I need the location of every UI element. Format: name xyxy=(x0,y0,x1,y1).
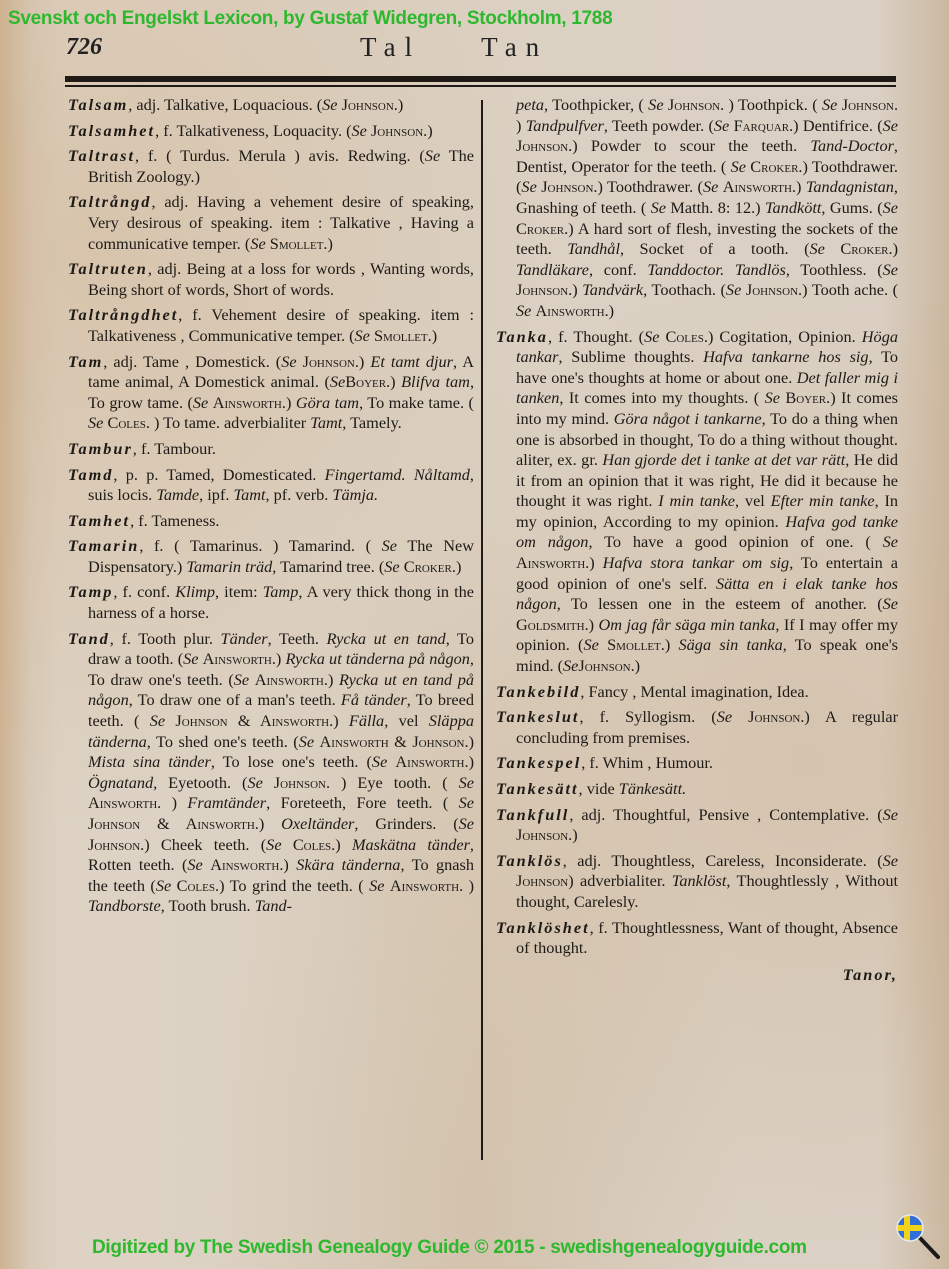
italic-phrase: Maskätna tänder xyxy=(352,835,470,854)
italic-phrase: Se xyxy=(234,670,249,689)
italic-phrase: Tämja. xyxy=(332,485,378,504)
italic-phrase: peta xyxy=(516,95,544,114)
italic-phrase: Se xyxy=(822,95,837,114)
italic-phrase: Se xyxy=(250,234,265,253)
italic-phrase: Om jag får säga min tanka xyxy=(599,615,776,634)
headword: Taltrångd xyxy=(68,192,151,211)
bottom-banner-credit: Digitized by The Swedish Genealogy Guide… xyxy=(92,1237,807,1259)
authority-citation: Johnson. xyxy=(746,280,802,299)
italic-phrase: Se xyxy=(382,536,397,555)
italic-phrase: Hafva tankarne hos sig xyxy=(703,347,868,366)
dictionary-entry: Taltrångdhet, f. Vehement desire of spea… xyxy=(68,305,474,346)
italic-phrase: Se xyxy=(187,855,202,874)
italic-phrase: Se xyxy=(883,805,898,824)
catchword: Tanor, xyxy=(496,965,898,986)
authority-citation: Ainsworth. xyxy=(516,553,589,572)
italic-phrase: Göra något i tankarne xyxy=(614,409,762,428)
italic-phrase: Se xyxy=(352,121,367,140)
italic-phrase: Tamt xyxy=(310,413,342,432)
italic-phrase: Tandborste xyxy=(88,896,161,915)
italic-phrase: Se xyxy=(883,116,898,135)
headword: Tamd xyxy=(68,465,113,484)
italic-phrase: Rycka ut en tand xyxy=(327,629,446,648)
italic-phrase: Se xyxy=(281,352,296,371)
italic-phrase: Se xyxy=(266,835,281,854)
italic-phrase: Se xyxy=(88,413,103,432)
italic-phrase: Se xyxy=(651,198,666,217)
authority-citation: Croker. xyxy=(516,219,568,238)
italic-phrase: Tamde xyxy=(156,485,199,504)
authority-citation: Ainsworth. xyxy=(88,793,161,812)
italic-phrase: Se xyxy=(183,649,198,668)
dictionary-entry: Taltruten, adj. Being at a loss for word… xyxy=(68,259,474,300)
authority-citation: Coles. xyxy=(177,876,219,895)
italic-phrase: Klimp xyxy=(175,582,215,601)
headword: Tamhet xyxy=(68,511,130,530)
italic-phrase: Se xyxy=(156,876,171,895)
italic-phrase: Framtänder xyxy=(187,793,266,812)
italic-phrase: Mista sina tänder xyxy=(88,752,211,771)
swedish-flag-magnifier-icon[interactable] xyxy=(892,1210,944,1262)
italic-phrase: Se xyxy=(883,532,898,551)
header-rule-thick xyxy=(65,76,896,82)
dictionary-entry: Talsam, adj. Talkative, Loquacious. (Se … xyxy=(68,95,474,116)
authority-citation: Croker. xyxy=(750,157,802,176)
italic-phrase: Se xyxy=(369,876,384,895)
italic-phrase: Oxeltänder xyxy=(281,814,354,833)
authority-citation: Ainsworth. xyxy=(255,670,328,689)
italic-phrase: Tamp xyxy=(263,582,299,601)
headword: Tankesätt xyxy=(496,779,579,798)
authority-citation: Farquar. xyxy=(734,116,794,135)
dictionary-entry: Tambur, f. Tambour. xyxy=(68,439,474,460)
left-column: Talsam, adj. Talkative, Loquacious. (Se … xyxy=(68,95,474,922)
italic-phrase: Se xyxy=(563,656,578,675)
italic-phrase: Hafva god tanke om någon xyxy=(516,512,898,552)
authority-citation: Johnson. xyxy=(516,136,572,155)
italic-phrase: Efter min tanke xyxy=(771,491,875,510)
running-head: TalTan xyxy=(360,32,608,63)
authority-citation: Johnson. xyxy=(342,95,398,114)
running-head-left: Tal xyxy=(360,32,421,62)
authority-citation: Johnson. xyxy=(88,835,144,854)
italic-phrase: Se xyxy=(425,146,440,165)
authority-citation: Smollet. xyxy=(374,326,432,345)
italic-phrase: Se xyxy=(883,260,898,279)
italic-phrase: Se xyxy=(459,814,474,833)
italic-phrase: Et tamt djur xyxy=(370,352,453,371)
headword: Taltrast xyxy=(68,146,135,165)
authority-citation: Ainsworth. xyxy=(213,393,286,412)
italic-phrase: Göra tam xyxy=(296,393,359,412)
headword: Tankebild xyxy=(496,682,580,701)
headword: Taltrångdhet xyxy=(68,305,178,324)
italic-phrase: Se xyxy=(883,851,898,870)
dictionary-entry: Tamp, f. conf. Klimp, item: Tamp, A very… xyxy=(68,582,474,623)
authority-citation: Johnson. xyxy=(516,280,572,299)
headword: Taltruten xyxy=(68,259,148,278)
authority-citation: Ainsworth. xyxy=(395,752,468,771)
italic-phrase: Se xyxy=(648,95,663,114)
italic-phrase: Se xyxy=(330,372,345,391)
italic-phrase: Se xyxy=(459,773,474,792)
italic-phrase: Tänder xyxy=(221,629,268,648)
dictionary-entry: Tanklöshet, f. Thoughtlessness, Want of … xyxy=(496,918,898,959)
italic-phrase: Tamt xyxy=(234,485,266,504)
authority-citation: Johnson. xyxy=(516,825,572,844)
dictionary-entry: Tankespel, f. Whim , Humour. xyxy=(496,753,898,774)
italic-phrase: Få tänder xyxy=(341,690,407,709)
headword: Tand xyxy=(68,629,110,648)
italic-phrase: Rycka ut tänderna på någon xyxy=(285,649,469,668)
italic-phrase: Tand- xyxy=(255,896,292,915)
italic-phrase: Se xyxy=(459,793,474,812)
authority-citation: Smollet. xyxy=(270,234,328,253)
headword: Tam xyxy=(68,352,103,371)
authority-citation: Ainsworth. xyxy=(210,855,283,874)
italic-phrase: Det faller mig i tanken xyxy=(516,368,898,408)
authority-citation: Coles. xyxy=(666,327,708,346)
dictionary-entry: Tankeslut, f. Syllogism. (Se Johnson.) A… xyxy=(496,707,898,748)
italic-phrase: Säga sin tanka xyxy=(679,635,783,654)
italic-phrase: Se xyxy=(355,326,370,345)
italic-phrase: Se xyxy=(322,95,337,114)
italic-phrase: Skära tänderna xyxy=(296,855,400,874)
dictionary-entry: Tam, adj. Tame , Domestick. (Se Johnson.… xyxy=(68,352,474,434)
headword: Tamarin xyxy=(68,536,139,555)
authority-citation: Boyer. xyxy=(785,388,830,407)
authority-citation: Croker. xyxy=(404,557,456,576)
dictionary-entry: Taltrångd, adj. Having a vehement desire… xyxy=(68,192,474,254)
italic-phrase: Se xyxy=(372,752,387,771)
authority-citation: Boyer. xyxy=(345,372,390,391)
dictionary-entry: Tamhet, f. Tameness. xyxy=(68,511,474,532)
italic-phrase: Se xyxy=(714,116,729,135)
italic-phrase: Se xyxy=(644,327,659,346)
italic-phrase: Tandvärk xyxy=(582,280,643,299)
italic-phrase: Tanklöst xyxy=(672,871,727,890)
column-divider xyxy=(481,100,483,1160)
italic-phrase: Tanddoctor. Tandlös xyxy=(647,260,785,279)
headword: Tanklöshet xyxy=(496,918,590,937)
italic-phrase: Sätta en i elak tanke hos någon xyxy=(516,574,898,614)
italic-phrase: Tand-Doctor xyxy=(810,136,894,155)
right-column: peta, Toothpicker, ( Se Johnson. ) Tooth… xyxy=(496,95,898,985)
italic-phrase: Tandhål xyxy=(567,239,620,258)
authority-citation: Johnson. xyxy=(578,656,634,675)
authority-citation: Croker. xyxy=(840,239,892,258)
italic-phrase: Se xyxy=(883,198,898,217)
headword: Talsamhet xyxy=(68,121,155,140)
authority-citation: Johnson & Ainsworth. xyxy=(175,711,333,730)
italic-phrase: Ögnatand xyxy=(88,773,153,792)
authority-citation: Johnson. xyxy=(371,121,427,140)
italic-phrase: Fälla xyxy=(349,711,384,730)
header-rule-thin xyxy=(65,85,896,87)
italic-phrase: Tänkesätt. xyxy=(619,779,686,798)
italic-phrase: Tamarin träd xyxy=(186,557,272,576)
dictionary-entry: Tankesätt, vide Tänkesätt. xyxy=(496,779,898,800)
authority-citation: Johnson. xyxy=(842,95,898,114)
authority-citation: Johnson. xyxy=(303,352,359,371)
authority-citation: Johnson xyxy=(516,871,568,890)
authority-citation: Goldsmith. xyxy=(516,615,589,634)
italic-phrase: Han gjorde det i tanke at det var rätt xyxy=(602,450,845,469)
italic-phrase: Se xyxy=(810,239,825,258)
dictionary-entry: Taltrast, f. ( Turdus. Merula ) avis. Re… xyxy=(68,146,474,187)
italic-phrase: Se xyxy=(299,732,314,751)
headword: Tanklös xyxy=(496,851,563,870)
dictionary-entry: Tankebild, Fancy , Mental imagination, I… xyxy=(496,682,898,703)
italic-phrase: Blifva tam xyxy=(401,372,470,391)
top-banner-title: Svenskt och Engelskt Lexicon, by Gustaf … xyxy=(8,8,612,30)
headword: Tambur xyxy=(68,439,133,458)
authority-citation: Smollet. xyxy=(607,635,665,654)
italic-phrase: I min tanke xyxy=(658,491,735,510)
italic-phrase: Se xyxy=(521,177,536,196)
dictionary-entry: Tankfull, adj. Thoughtful, Pensive , Con… xyxy=(496,805,898,846)
headword: Tankfull xyxy=(496,805,569,824)
headword: Talsam xyxy=(68,95,128,114)
dictionary-entry: Tand, f. Tooth plur. Tänder, Teeth. Ryck… xyxy=(68,629,474,917)
page-number: 726 xyxy=(66,34,102,61)
authority-citation: Ainsworth. xyxy=(203,649,276,668)
italic-phrase: Se xyxy=(193,393,208,412)
headword: Tamp xyxy=(68,582,113,601)
italic-phrase: Tandkött xyxy=(765,198,821,217)
authority-citation: Johnson. xyxy=(668,95,724,114)
authority-citation: Johnson. xyxy=(748,707,804,726)
italic-phrase: Se xyxy=(765,388,780,407)
italic-phrase: Hafva stora tankar om sig xyxy=(603,553,790,572)
dictionary-entry: Tanka, f. Thought. (Se Coles.) Cogitatio… xyxy=(496,327,898,677)
dictionary-entry: Talsamhet, f. Talkativeness, Loquacity. … xyxy=(68,121,474,142)
authority-citation: Johnson. xyxy=(274,773,330,792)
headword: Tanka xyxy=(496,327,548,346)
italic-phrase: Se xyxy=(516,301,531,320)
authority-citation: Ainsworth. xyxy=(535,301,608,320)
italic-phrase: Se xyxy=(384,557,399,576)
authority-citation: Ainsworth. xyxy=(723,177,796,196)
authority-citation: Johnson & Ainsworth. xyxy=(88,814,259,833)
authority-citation: Ainsworth. xyxy=(390,876,463,895)
dictionary-entry: Tanklös, adj. Thoughtless, Careless, Inc… xyxy=(496,851,898,913)
italic-phrase: Se xyxy=(726,280,741,299)
italic-phrase: Tandagnistan xyxy=(806,177,894,196)
italic-phrase: Se xyxy=(883,594,898,613)
italic-phrase: Tandpulfver xyxy=(526,116,604,135)
headword: Tankeslut xyxy=(496,707,579,726)
italic-phrase: Tandläkare xyxy=(516,260,589,279)
authority-citation: Coles. xyxy=(107,413,149,432)
headword: Tankespel xyxy=(496,753,581,772)
italic-phrase: Se xyxy=(150,711,165,730)
dictionary-entry: Tamarin, f. ( Tamarinus. ) Tamarind. ( S… xyxy=(68,536,474,577)
italic-phrase: Se xyxy=(247,773,262,792)
authority-citation: Ainsworth & Johnson. xyxy=(320,732,469,751)
dictionary-entry: Tamd, p. p. Tamed, Domesticated. Fingert… xyxy=(68,465,474,506)
entry-continuation: peta, Toothpicker, ( Se Johnson. ) Tooth… xyxy=(496,95,898,322)
authority-citation: Coles. xyxy=(293,835,335,854)
italic-phrase: Se xyxy=(717,707,732,726)
running-head-right: Tan xyxy=(481,32,548,62)
italic-phrase: Se xyxy=(731,157,746,176)
authority-citation: Johnson. xyxy=(541,177,597,196)
italic-phrase: Se xyxy=(583,635,598,654)
italic-phrase: Fingertamd. Nåltamd xyxy=(325,465,470,484)
italic-phrase: Se xyxy=(703,177,718,196)
